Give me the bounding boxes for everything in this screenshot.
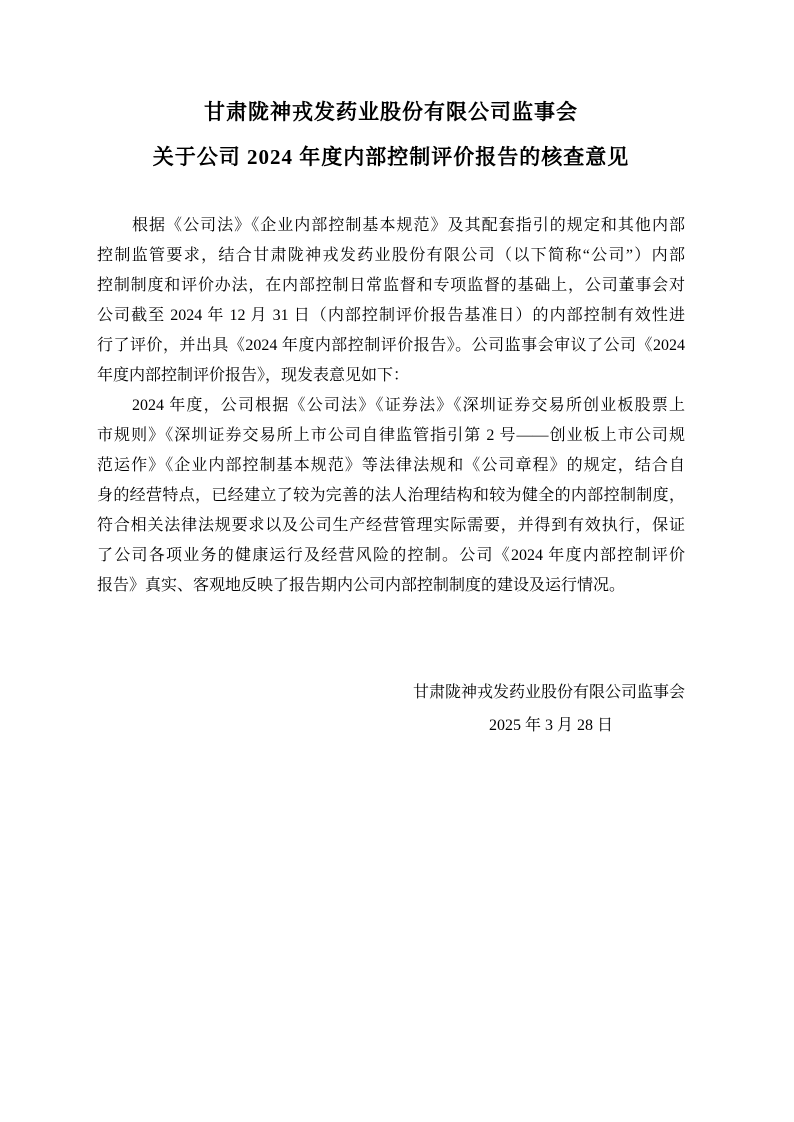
- paragraph-2-line-7: 报告》真实、客观地反映了报告期内公司内部控制制度的建设及运行情况。: [97, 571, 685, 601]
- paragraph-2-line-5: 符合相关法律法规要求以及公司生产经营管理实际需要，并得到有效执行，保证: [97, 511, 685, 541]
- document-title-line2: 关于公司 2024 年度内部控制评价报告的核查意见: [97, 142, 685, 173]
- paragraph-1-line-3: 控制制度和评价办法，在内部控制日常监督和专项监督的基础上，公司董事会对: [97, 271, 685, 301]
- signature-date: 2025 年 3 月 28 日: [97, 711, 685, 741]
- paragraph-1-line-4: 公司截至 2024 年 12 月 31 日（内部控制评价报告基准日）的内部控制有…: [97, 301, 685, 331]
- document-body: 根据《公司法》《企业内部控制基本规范》及其配套指引的规定和其他内部 控制监管要求…: [97, 211, 685, 601]
- paragraph-1-line-5: 行了评价，并出具《2024 年度内部控制评价报告》。公司监事会审议了公司《202…: [97, 331, 685, 361]
- paragraph-1-line-2: 控制监管要求，结合甘肃陇神戎发药业股份有限公司（以下简称“公司”）内部: [97, 241, 685, 271]
- paragraph-2-line-4: 身的经营特点，已经建立了较为完善的法人治理结构和较为健全的内部控制制度，: [97, 481, 685, 511]
- signature-block: 甘肃陇神戎发药业股份有限公司监事会 2025 年 3 月 28 日: [97, 678, 685, 741]
- paragraph-2-line-2: 市规则》《深圳证券交易所上市公司自律监管指引第 2 号——创业板上市公司规: [97, 421, 685, 451]
- paragraph-2-line-3: 范运作》《企业内部控制基本规范》等法律法规和《公司章程》的规定，结合自: [97, 451, 685, 481]
- document-title-line1: 甘肃陇神戎发药业股份有限公司监事会: [97, 97, 685, 128]
- paragraph-2-line-6: 了公司各项业务的健康运行及经营风险的控制。公司《2024 年度内部控制评价: [97, 541, 685, 571]
- paragraph-2-line-1: 2024 年度，公司根据《公司法》《证券法》《深圳证券交易所创业板股票上: [97, 391, 685, 421]
- document-page: 甘肃陇神戎发药业股份有限公司监事会 关于公司 2024 年度内部控制评价报告的核…: [0, 0, 794, 1122]
- paragraph-1-line-6: 年度内部控制评价报告》，现发表意见如下：: [97, 361, 685, 391]
- paragraph-1-line-1: 根据《公司法》《企业内部控制基本规范》及其配套指引的规定和其他内部: [97, 211, 685, 241]
- signature-company: 甘肃陇神戎发药业股份有限公司监事会: [97, 678, 685, 708]
